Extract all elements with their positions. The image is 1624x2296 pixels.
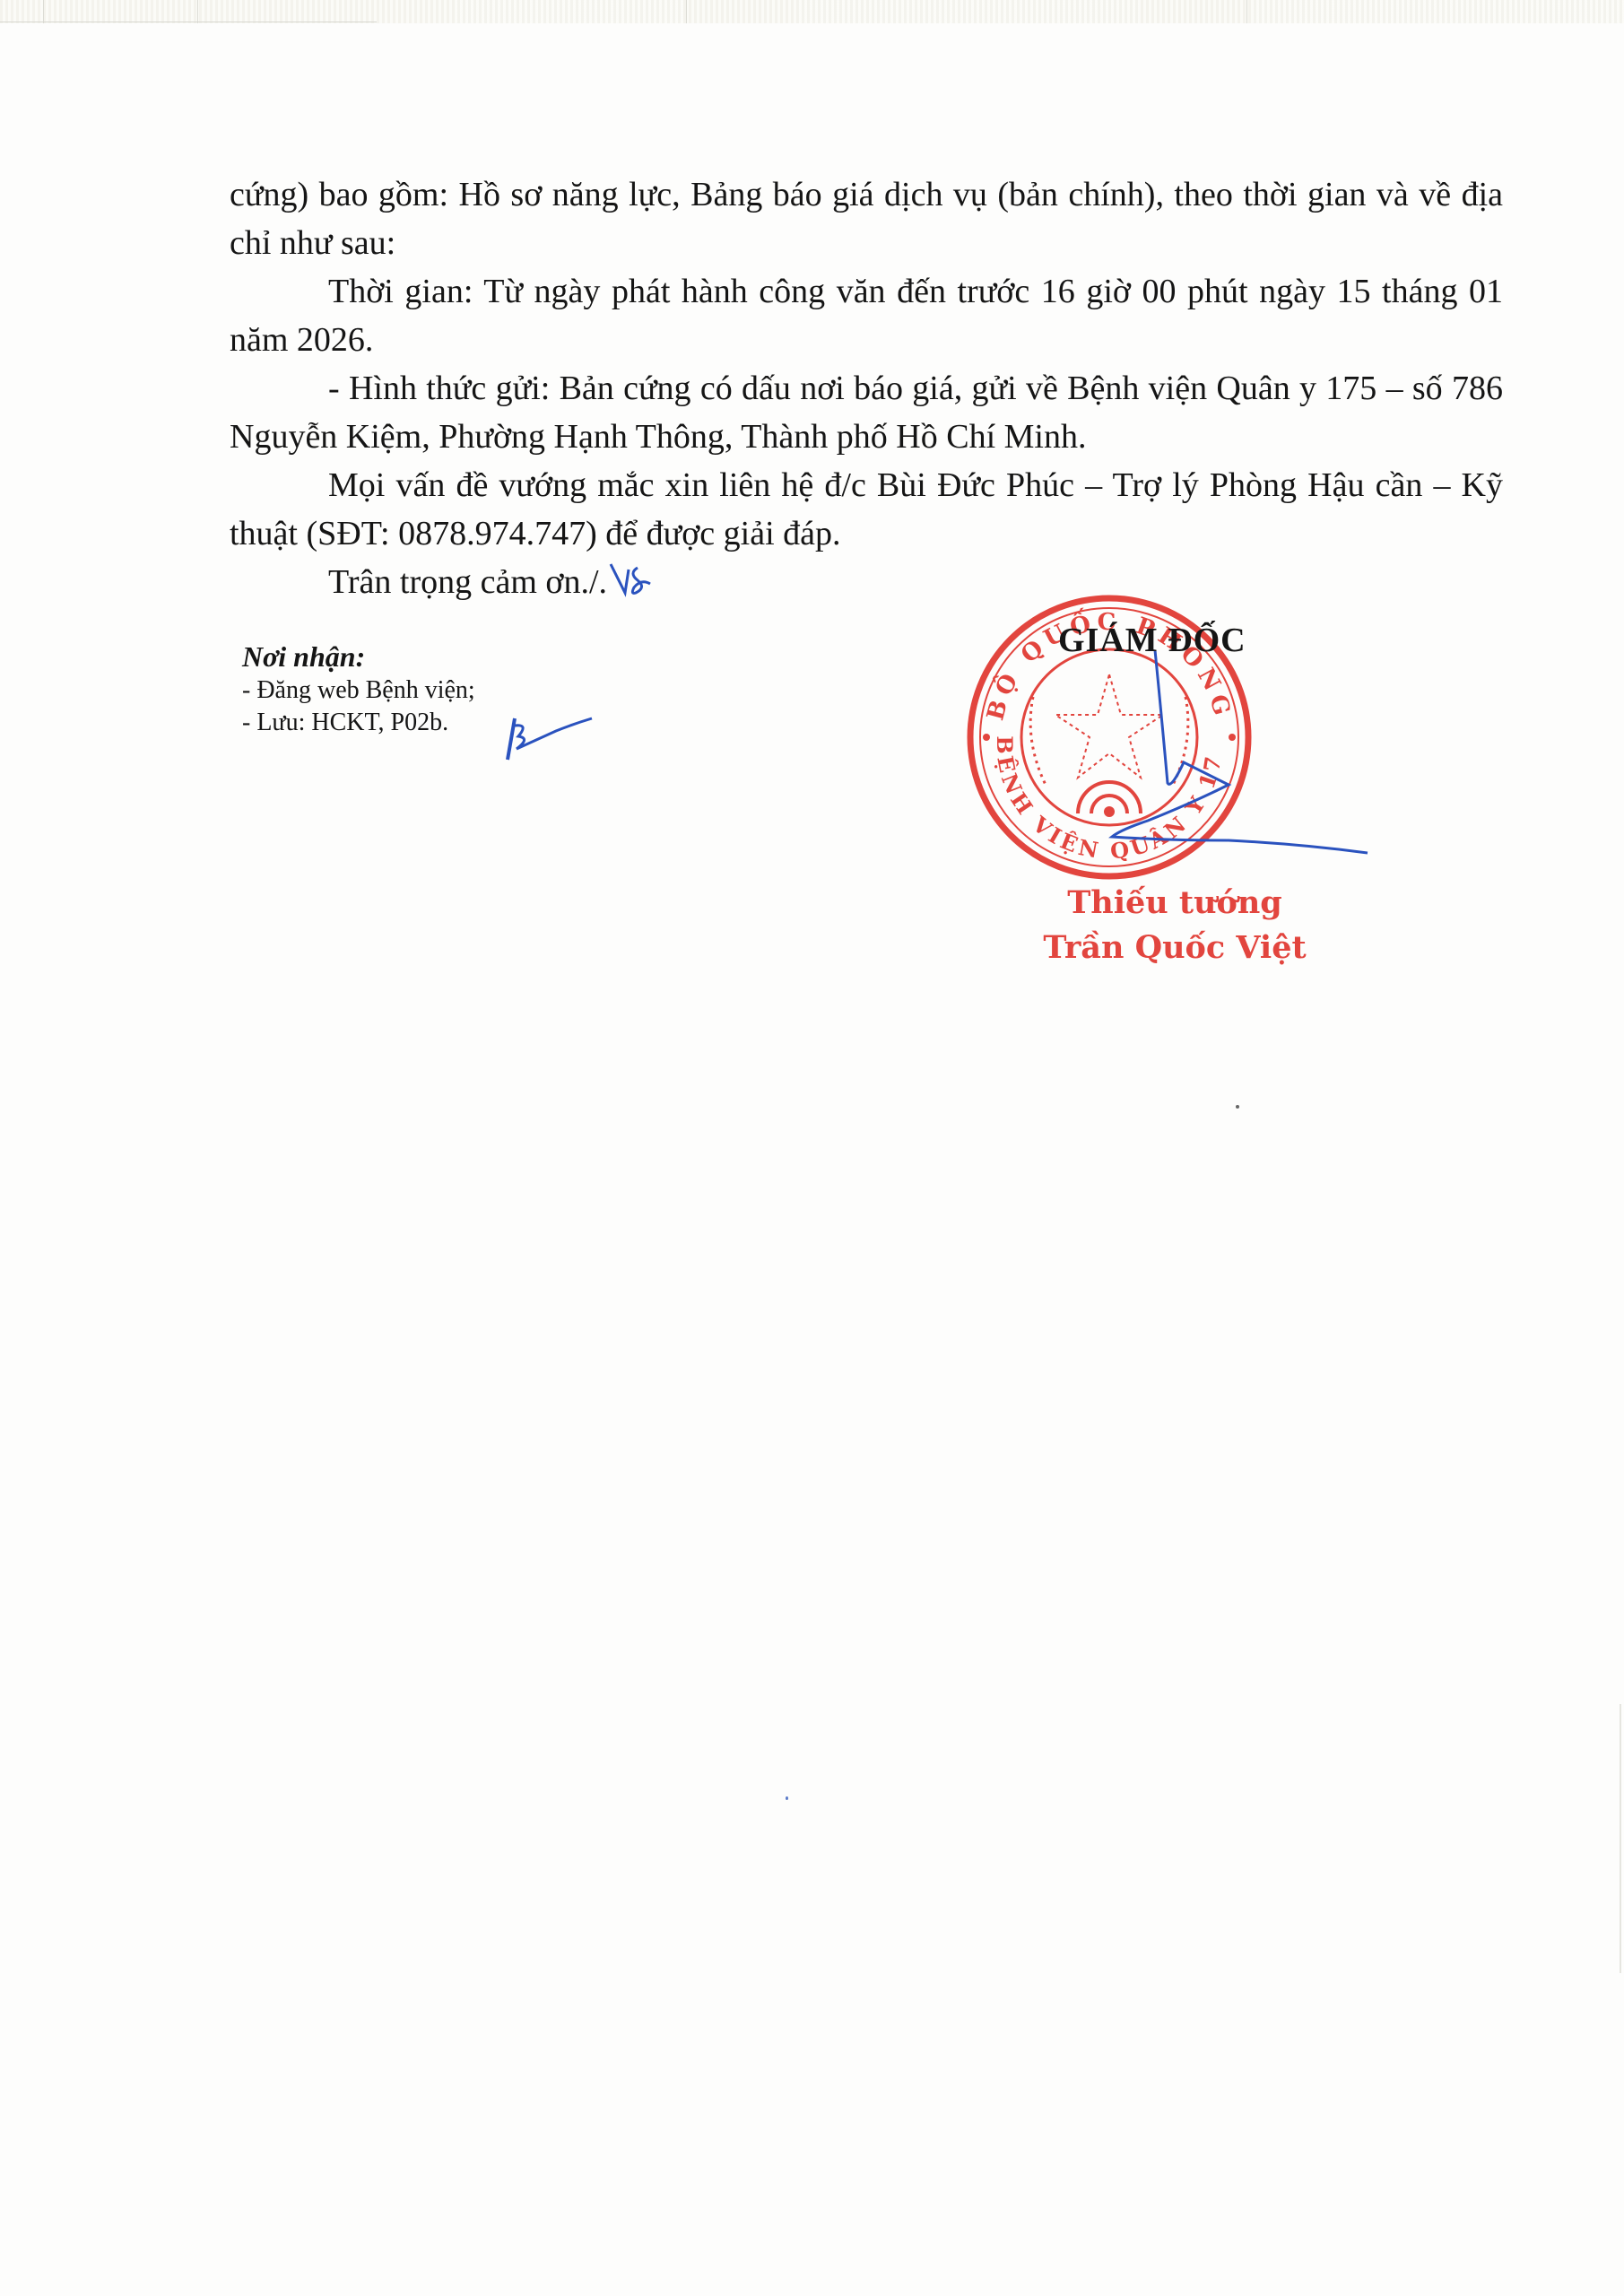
scan-artifact-top-edge — [0, 0, 1624, 23]
paragraph-deadline: Thời gian: Từ ngày phát hành công văn đế… — [230, 267, 1503, 364]
recipient-item: - Đăng web Bệnh viện; — [242, 674, 475, 707]
initials-signature-icon — [502, 713, 601, 767]
scan-edge — [1620, 1704, 1621, 1973]
initials-mark-icon — [607, 561, 661, 600]
signatory-rank: Thiếu tướng — [968, 881, 1381, 926]
paragraph-contact: Mọi vấn đề vướng mắc xin liên hệ đ/c Bùi… — [230, 461, 1503, 558]
scan-speck — [1236, 1105, 1239, 1109]
letter-body: cứng) bao gồm: Hồ sơ năng lực, Bảng báo … — [230, 170, 1503, 606]
signatory-name: Trần Quốc Việt — [968, 926, 1381, 970]
position-title: GIÁM ĐỐC — [1058, 621, 1246, 660]
closing-text: Trân trọng cảm ơn./. — [328, 563, 607, 601]
signatory-block: Thiếu tướng Trần Quốc Việt — [968, 881, 1381, 970]
paragraph-documents-required: cứng) bao gồm: Hồ sơ năng lực, Bảng báo … — [230, 170, 1503, 267]
recipients-title: Nơi nhận: — [242, 639, 475, 674]
recipients-block: Nơi nhận: - Đăng web Bệnh viện; - Lưu: H… — [242, 639, 475, 739]
scan-speck — [786, 1796, 788, 1800]
paragraph-submission-method: - Hình thức gửi: Bản cứng có dấu nơi báo… — [230, 364, 1503, 461]
recipient-item: - Lưu: HCKT, P02b. — [242, 707, 475, 739]
